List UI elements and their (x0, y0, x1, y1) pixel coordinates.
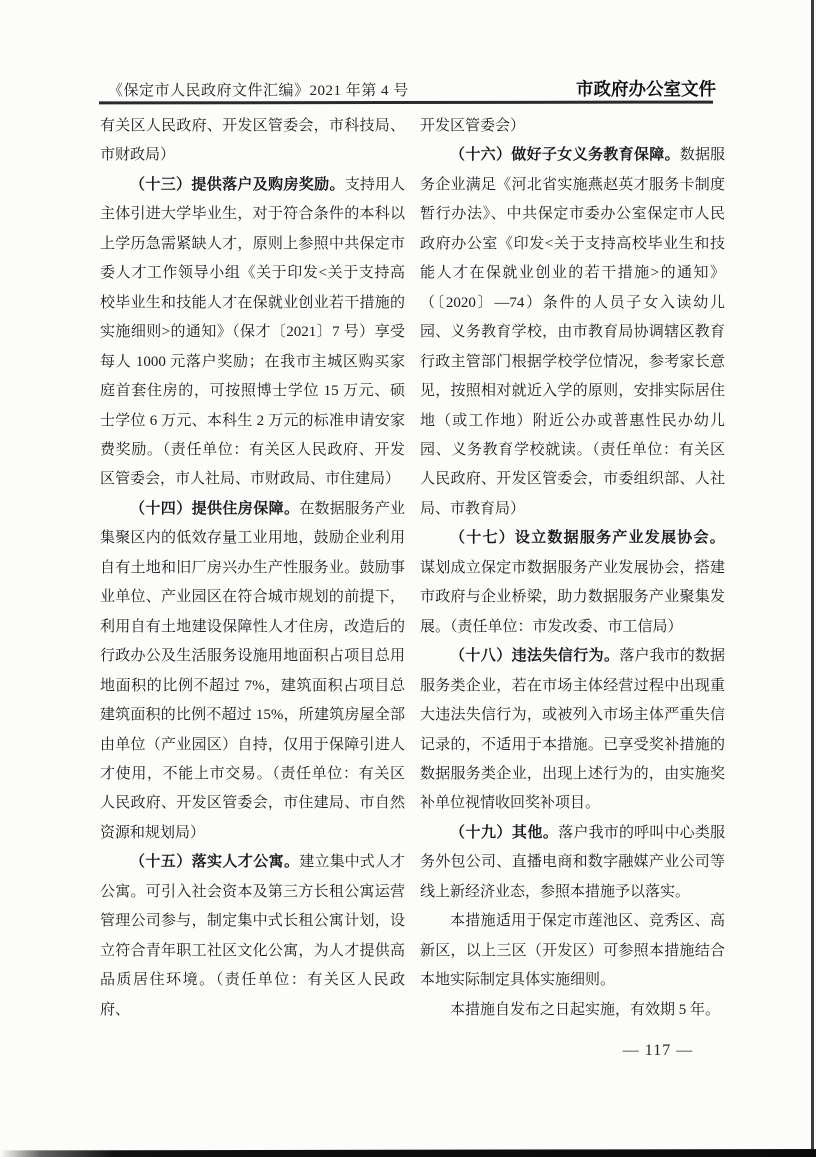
text-column-right: 开发区管委会）（十六）做好子女义务教育保障。数据服务企业满足《河北省实施燕赵英才… (420, 112, 725, 1025)
paragraph: （十七）设立数据服务产业发展协会。谋划成立保定市数据服务产业发展协会，搭建市政府… (420, 524, 725, 642)
paragraph-text: 建立集中式人才公寓。可引入社会资本及第三方长租公寓运营管理公司参与，制定集中式长… (100, 854, 405, 1017)
paragraph-lead: （十七）设立数据服务产业发展协会。 (450, 530, 725, 546)
scan-artifact-right-edge (811, 0, 814, 1157)
paragraph: （十六）做好子女义务教育保障。数据服务企业满足《河北省实施燕赵英才服务卡制度暂行… (420, 141, 725, 524)
header-document-category: 市政府办公室文件 (576, 76, 712, 101)
paragraph-text: 数据服务企业满足《河北省实施燕赵英才服务卡制度暂行办法》、中共保定市委办公室保定… (420, 147, 725, 516)
paragraph: （十五）落实人才公寓。建立集中式人才公寓。可引入社会资本及第三方长租公寓运营管理… (100, 848, 405, 1025)
paragraph-text: 本措施适用于保定市莲池区、竞秀区、高新区，以上三区（开发区）可参照本措施结合本地… (420, 913, 725, 988)
paragraph: （十八）违法失信行为。落户我市的数据服务类企业，若在市场主体经营过程中出现重大违… (420, 642, 725, 819)
paragraph: 有关区人民政府、开发区管委会，市科技局、市财政局） (100, 112, 405, 171)
document-page: 《保定市人民政府文件汇编》2021 年第 4 号 市政府办公室文件 有关区人民政… (0, 0, 816, 1157)
paragraph: （十九）其他。落户我市的呼叫中心类服务外包公司、直播电商和数字融媒产业公司等线上… (420, 819, 725, 907)
paragraph-text: 本措施自发布之日起实施，有效期 5 年。 (450, 1002, 720, 1018)
paragraph: 本措施适用于保定市莲池区、竞秀区、高新区，以上三区（开发区）可参照本措施结合本地… (420, 907, 725, 995)
scan-artifact-bottom-edge (0, 1149, 816, 1157)
paragraph: （十四）提供住房保障。在数据服务产业集聚区内的低效存量工业用地，鼓励企业利用自有… (100, 495, 405, 848)
paragraph-lead: （十五）落实人才公寓。 (130, 854, 299, 870)
paragraph-lead: （十六）做好子女义务教育保障。 (450, 147, 680, 163)
paragraph-text: 谋划成立保定市数据服务产业发展协会，搭建市政府与企业桥梁，助力数据服务产业聚集发… (420, 560, 725, 635)
paragraph-text: 开发区管委会） (420, 118, 525, 134)
paragraph-lead: （十九）其他。 (450, 825, 558, 841)
paragraph-text: 在数据服务产业集聚区内的低效存量工业用地，鼓励企业利用自有土地和旧厂房兴办生产性… (100, 501, 405, 841)
paragraph-text: 有关区人民政府、开发区管委会，市科技局、市财政局） (100, 118, 405, 163)
paragraph-text: 落户我市的数据服务类企业，若在市场主体经营过程中出现重大违法失信行为，或被列入市… (420, 648, 725, 811)
header-compilation-title: 《保定市人民政府文件汇编》2021 年第 4 号 (108, 79, 409, 100)
paragraph: 开发区管委会） (420, 112, 725, 141)
paragraph-lead: （十三）提供落户及购房奖励。 (130, 177, 345, 193)
paragraph: 本措施自发布之日起实施，有效期 5 年。 (420, 996, 725, 1025)
header-rule (99, 101, 713, 104)
text-column-left: 有关区人民政府、开发区管委会，市科技局、市财政局）（十三）提供落户及购房奖励。支… (100, 112, 405, 1025)
paragraph-lead: （十八）违法失信行为。 (450, 648, 619, 664)
paragraph-text: 支持用人主体引进大学毕业生，对于符合条件的本科以上学历急需紧缺人才，原则上参照中… (100, 177, 405, 488)
paragraph: （十三）提供落户及购房奖励。支持用人主体引进大学毕业生，对于符合条件的本科以上学… (100, 171, 405, 495)
page-number: — 117 — (596, 1042, 720, 1060)
paragraph-lead: （十四）提供住房保障。 (130, 501, 299, 517)
